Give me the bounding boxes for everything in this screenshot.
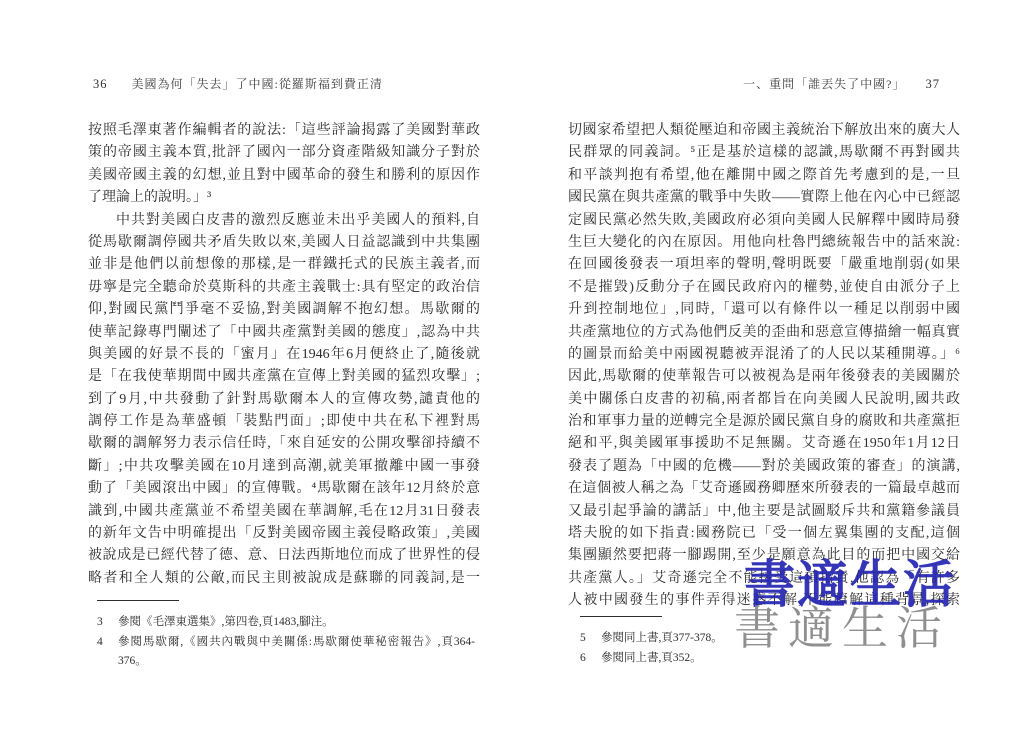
footnote-text: 參閱馬歇爾,《國共內戰與中美關係:馬歇爾使華秘密報告》,頁364-376。 [118, 633, 475, 672]
body-text-line: 升到控制地位」,同時,「還可以有條件以一種足以削弱中國 [568, 299, 960, 321]
body-text-line: 在這個被人稱之為「艾奇遜國務卿歷來所發表的一篇最卓越而 [568, 478, 960, 500]
body-text-line: 中共對美國白皮書的激烈反應並未出乎美國人的預料,自 [88, 210, 480, 232]
body-text-line: 是「在我使華期間中國共產黨在宣傳上對美國的猛烈攻擊」; [88, 366, 480, 388]
body-text-line: 國民黨在與共產黨的戰爭中失敗——實際上他在內心中已經認 [568, 187, 960, 209]
right-footnote-rule [580, 616, 662, 617]
body-text-line: 和平談判抱有希望,他在離開中國之際首先考慮到的是,一旦 [568, 165, 960, 187]
body-text-line: 美國帝國主義的幻想,並且對中國革命的發生和勝利的原因作 [88, 165, 480, 187]
left-page-number: 36 [93, 77, 108, 92]
footnote-number: 4 [97, 633, 118, 672]
body-text-line: 治和軍事力量的逆轉完全是源於國民黨自身的腐敗和共產黨拒 [568, 411, 960, 433]
body-text-line: 共產黨地位的方式為他們反美的歪曲和惡意宣傳描繪一幅真實 [568, 322, 960, 344]
body-text-line: 在回國後發表一項坦率的聲明,聲明既要「嚴重地削弱(如果 [568, 254, 960, 276]
body-text-line: 使華記錄專門闡述了「中國共產黨對美國的態度」,認為中共 [88, 322, 480, 344]
body-text-line: 策的帝國主義本質,批評了國內一部分資產階級知識分子對於 [88, 142, 480, 164]
footnote-number: 5 [580, 629, 601, 649]
body-text-line: 並非是他們以前想像的那樣,是一群鐵托式的民族主義者,而 [88, 254, 480, 276]
body-text-line: 的圖景而給美中兩國視聽被弄混淆了的人民以某種開導。」⁶ [568, 344, 960, 366]
footnote: 3參閱《毛澤東選集》,第四卷,頁1483,腳注。 [97, 613, 475, 633]
right-page-header: 一、重問「誰丟失了中國?」 37 [568, 75, 960, 92]
body-text-line: 發表了題為「中國的危機——對於美國政策的審查」的演講, [568, 456, 960, 478]
body-text-line: 識到,中國共產黨並不希望美國在華調解,毛在12月31日發表 [88, 501, 480, 523]
body-text-line: 定國民黨必然失敗,美國政府必須向美國人民解釋中國時局發 [568, 210, 960, 232]
footnote: 4參閱馬歇爾,《國共內戰與中美關係:馬歇爾使華秘密報告》,頁364-376。 [97, 633, 475, 672]
right-page-number: 37 [926, 77, 941, 92]
left-page-header: 36 美國為何「失去」了中國:從羅斯福到費正清 [88, 75, 485, 92]
body-text-line: 到了9月,中共發動了針對馬歇爾本人的宣傳攻勢,譴責他的 [88, 389, 480, 411]
body-text-line: 調停工作是為華盛頓「裝點門面」;即使中共在私下裡對馬 [88, 411, 480, 433]
body-text-line: 切國家希望把人類從壓迫和帝國主義統治下解放出來的廣大人 [568, 120, 960, 142]
body-text-line: 斷」;中共攻擊美國在10月達到高潮,就美軍撤離中國一事發 [88, 456, 480, 478]
left-body-text: 按照毛澤東著作編輯者的說法:「這些評論揭露了美國對華政策的帝國主義本質,批評了國… [88, 120, 480, 590]
body-text-line: 民群眾的同義詞。⁵正是基於這樣的認識,馬歇爾不再對國共 [568, 142, 960, 164]
right-running-title: 一、重問「誰丟失了中國?」 [743, 75, 905, 92]
body-text-line: 了理論上的說明。」³ [88, 187, 480, 209]
body-text-line: 絕和平,與美國軍事援助不足無關。艾奇遜在1950年1月12日 [568, 433, 960, 455]
body-text-line: 的新年文告中明確提出「反對美國帝國主義侵略政策」,美國 [88, 523, 480, 545]
book-spread: 36 美國為何「失去」了中國:從羅斯福到費正清 按照毛澤東著作編輯者的說法:「這… [0, 0, 1027, 736]
right-body-text: 切國家希望把人類從壓迫和帝國主義統治下解放出來的廣大人民群眾的同義詞。⁵正是基於… [568, 120, 960, 613]
body-text-line: 又最引起爭論的講話」中,他主要是試圖駁斥共和黨籍參議員 [568, 501, 960, 523]
body-text-line: 動了「美國滾出中國」的宣傳戰。⁴馬歇爾在該年12月終於意 [88, 478, 480, 500]
body-text-line: 不是摧毀)反動分子在國民政府內的權勢,並使自由派分子上 [568, 277, 960, 299]
body-text-line: 與美國的好景不長的「蜜月」在1946年6月便終止了,隨後就 [88, 344, 480, 366]
footnote-number: 3 [97, 613, 118, 633]
left-running-title: 美國為何「失去」了中國:從羅斯福到費正清 [132, 75, 383, 92]
body-text-line: 毋寧是完全聽命於莫斯科的共產主義戰士:具有堅定的政治信 [88, 277, 480, 299]
left-footnote-rule [97, 600, 179, 601]
body-text-line: 美中關係白皮書的初稿,兩者都旨在向美國人民說明,國共政 [568, 389, 960, 411]
footnote-text: 參閱《毛澤東選集》,第四卷,頁1483,腳注。 [118, 613, 475, 633]
body-text-line: 因此,馬歇爾的使華報告可以被視為是兩年後發表的美國關於 [568, 366, 960, 388]
body-text-line: 從馬歇爾調停國共矛盾失敗以來,美國人日益認識到中共集團 [88, 232, 480, 254]
body-text-line: 仰,對國民黨鬥爭毫不妥協,對美國調解不抱幻想。馬歇爾的 [88, 299, 480, 321]
body-text-line: 歇爾的調解努力表示信任時,「來自延安的公開攻擊卻持續不 [88, 433, 480, 455]
watermark-secondary: 書適生活 [734, 592, 950, 658]
body-text-line: 被說成是已經代替了德、意、日法西斯地位而成了世界性的侵 [88, 545, 480, 567]
body-text-line: 生巨大變化的內在原因。用他向杜魯門總統報告中的話來說: [568, 232, 960, 254]
left-page: 36 美國為何「失去」了中國:從羅斯福到費正清 按照毛澤東著作編輯者的說法:「這… [88, 0, 480, 736]
body-text-line: 略者和全人類的公敵,而民主則被說成是蘇聯的同義詞,是一 [88, 568, 480, 590]
footnote-number: 6 [580, 649, 601, 669]
left-footnotes: 3參閱《毛澤東選集》,第四卷,頁1483,腳注。4參閱馬歇爾,《國共內戰與中美關… [97, 613, 475, 672]
body-text-line: 按照毛澤東著作編輯者的說法:「這些評論揭露了美國對華政 [88, 120, 480, 142]
